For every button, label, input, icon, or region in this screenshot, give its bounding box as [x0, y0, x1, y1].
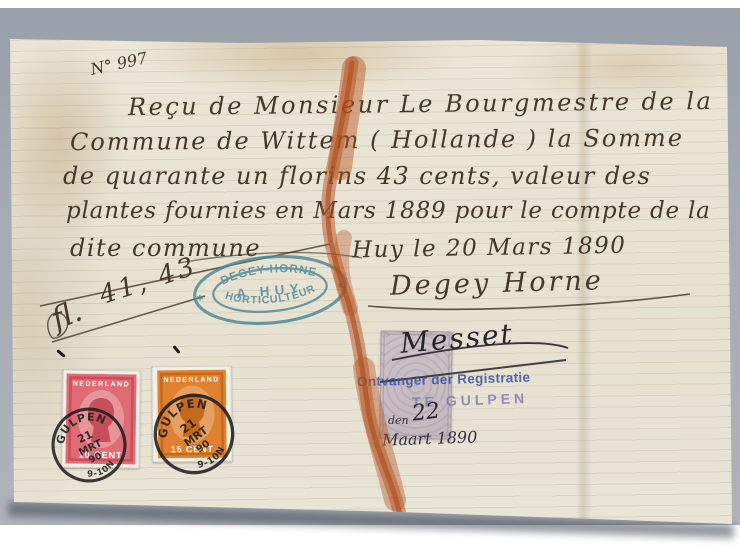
svg-text:✱: ✱ — [337, 281, 345, 291]
body-line-4: plantes fournies en Mars 1889 pour le co… — [66, 198, 711, 224]
registration-day: 22 — [411, 398, 442, 426]
body-line-3: de quarante un florins 43 cents, valeur … — [63, 162, 651, 190]
ink-dash-right — [172, 345, 180, 354]
signature: Degey Horne — [390, 265, 605, 302]
registration-stamp-line1: Ontvanger der Registratie — [357, 370, 531, 390]
dateline: Huy le 20 Mars 1890 — [352, 233, 627, 264]
document-number: N° 997 — [89, 48, 149, 79]
registration-signature: Messet — [399, 317, 515, 360]
ink-dash-left — [56, 349, 66, 358]
body-line-2: Commune de Wittem ( Hollande ) la Somme — [70, 124, 684, 156]
amount-prefix: fl. — [47, 294, 88, 338]
svg-text:NEDERLAND: NEDERLAND — [73, 381, 131, 389]
photo-background: N° 997 Reçu de Monsieur Le Bourgmestre d… — [0, 8, 740, 525]
receipt-paper: N° 997 Reçu de Monsieur Le Bourgmestre d… — [0, 8, 740, 557]
photo-of-receipt: N° 997 Reçu de Monsieur Le Bourgmestre d… — [0, 0, 740, 557]
svg-text:✱: ✱ — [196, 293, 204, 303]
merchant-oval-stamp: DEGEY-HORNE HORTICULTEUR A HUY ✱ ✱ — [187, 245, 353, 335]
body-line-1: Reçu de Monsieur Le Bourgmestre de la — [128, 87, 714, 121]
registration-den: den — [388, 414, 409, 427]
registration-date: Maart 1890 — [382, 427, 478, 449]
